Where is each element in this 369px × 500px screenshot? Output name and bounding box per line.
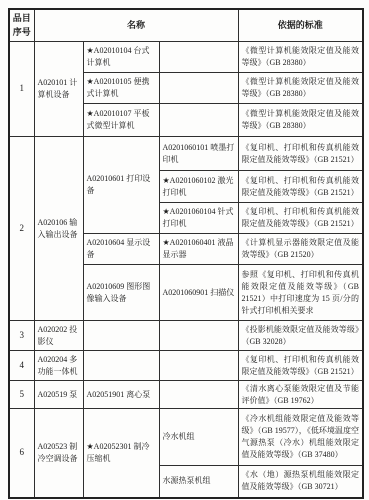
detail-cell: A0201060101 喷墨打印机 [159, 137, 238, 171]
standard-cell: 参照《复印机、打印机和传真机能效限定值及能效等级》（GB 21521）中打印速度… [238, 265, 363, 321]
category-cell: A020523 制冷空调设备 [34, 409, 83, 498]
standard-cell: 《复印机、打印机和传真机能效限定值及能效等级》（GB 21521） [238, 137, 363, 171]
table-row: 1 A020101 计算机设备 ★A02010104 台式计算机 《微型计算机能… [9, 42, 363, 73]
header-standard: 依据的标准 [238, 9, 363, 42]
detail-cell [159, 381, 238, 409]
detail-cell: 水源热泵机组 [159, 466, 238, 498]
standard-cell: 《计算机显示器能效限定值及能效等级》（GB 21520） [238, 234, 363, 265]
detail-cell [159, 42, 238, 73]
energy-efficiency-standards-table: 品目序号 名称 依据的标准 1 A020101 计算机设备 ★A02010104… [8, 8, 364, 499]
standard-cell: 《复印机、打印机和传真机能效限定值及能效等级》（GB 21521） [238, 203, 363, 234]
subcategory-cell: ★A02010104 台式计算机 [83, 42, 159, 73]
subcategory-cell: ★A02010107 平板式微型计算机 [83, 104, 159, 137]
subcategory-cell: ★A02010105 便携式计算机 [83, 73, 159, 104]
category-cell: A020106 输入输出设备 [34, 137, 83, 321]
detail-cell [159, 321, 238, 351]
header-name: 名称 [34, 9, 238, 42]
item-no-cell: 5 [9, 381, 34, 409]
category-cell: A020519 泵 [34, 381, 83, 409]
table-row: 6 A020523 制冷空调设备 ★A02052301 制冷压缩机 冷水机组 《… [9, 409, 363, 466]
category-cell: A020101 计算机设备 [34, 42, 83, 137]
standard-cell: 《复印机、打印机和传真机能效限定值及能效等级》（GB 21521） [238, 351, 363, 381]
subcategory-cell: A02010609 图形图像输入设备 [83, 265, 159, 321]
table-row: 3 A020202 投影仪 《投影机能效限定值及能效等级》（GB 32028） [9, 321, 363, 351]
standard-cell: 《冷水机组能效限定值及能效等级》（GB 19577），《低环境温度空气源热泵（冷… [238, 409, 363, 466]
header-row: 品目序号 名称 依据的标准 [9, 9, 363, 42]
standard-cell: 《投影机能效限定值及能效等级》（GB 32028） [238, 321, 363, 351]
table-row: 4 A020204 多功能一体机 《复印机、打印机和传真机能效限定值及能效等级》… [9, 351, 363, 381]
item-no-cell: 2 [9, 137, 34, 321]
detail-cell: ★A0201060102 激光打印机 [159, 171, 238, 203]
subcategory-cell: A02051901 离心泵 [83, 381, 159, 409]
header-item-no: 品目序号 [9, 9, 34, 42]
table-row: 5 A020519 泵 A02051901 离心泵 《清水离心泵能效限定值及节能… [9, 381, 363, 409]
detail-cell: A0201060901 扫描仪 [159, 265, 238, 321]
standard-cell: 《复印机、打印机和传真机能效限定值及能效等级》（GB 21521） [238, 171, 363, 203]
detail-cell: ★A0201060401 液晶显示器 [159, 234, 238, 265]
subcategory-cell: A02010601 打印设备 [83, 137, 159, 234]
item-no-cell: 6 [9, 409, 34, 498]
standard-cell: 《微型计算机能效限定值及能效等级》（GB 28380） [238, 42, 363, 73]
detail-cell: 冷水机组 [159, 409, 238, 466]
item-no-cell: 1 [9, 42, 34, 137]
subcategory-cell: ★A02052301 制冷压缩机 [83, 409, 159, 498]
category-cell: A020204 多功能一体机 [34, 351, 83, 381]
subcategory-cell [83, 351, 159, 381]
standard-cell: 《微型计算机能效限定值及能效等级》（GB 28380） [238, 104, 363, 137]
table-row: 2 A020106 输入输出设备 A02010601 打印设备 A0201060… [9, 137, 363, 171]
standard-cell: 《水（地）源热泵机组能效限定值及能效等级》（GB 30721） [238, 466, 363, 498]
standard-cell: 《清水离心泵能效限定值及节能评价值》（GB 19762） [238, 381, 363, 409]
category-cell: A020202 投影仪 [34, 321, 83, 351]
detail-cell: ★A0201060104 针式打印机 [159, 203, 238, 234]
subcategory-cell: A02010604 显示设备 [83, 234, 159, 265]
detail-cell [159, 104, 238, 137]
document-page: 品目序号 名称 依据的标准 1 A020101 计算机设备 ★A02010104… [0, 0, 369, 500]
detail-cell [159, 73, 238, 104]
subcategory-cell [83, 321, 159, 351]
detail-cell [159, 351, 238, 381]
standard-cell: 《微型计算机能效限定值及能效等级》（GB 28380） [238, 73, 363, 104]
item-no-cell: 3 [9, 321, 34, 351]
item-no-cell: 4 [9, 351, 34, 381]
